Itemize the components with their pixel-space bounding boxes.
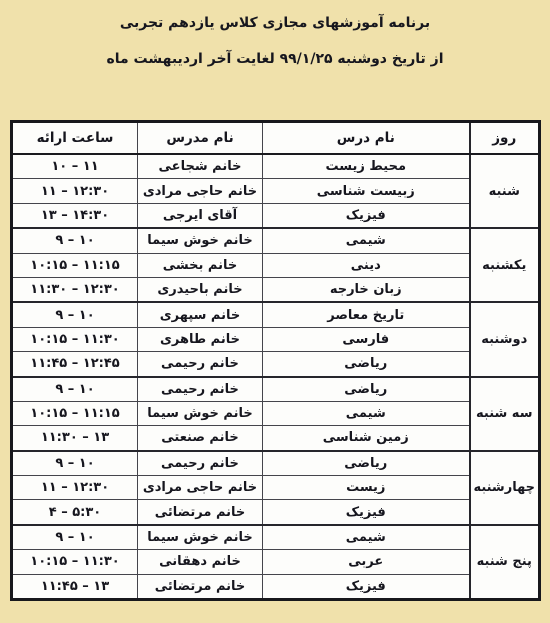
day-cell: پنج شنبه — [470, 525, 540, 600]
time-cell: ۱۰:۱۵ – ۱۱:۱۵ — [12, 401, 138, 425]
time-cell: ۱۰:۱۵ – ۱۱:۳۰ — [12, 550, 138, 574]
schedule-body: شنبهمحیط زیستخانم شجاعی۱۰ – ۱۱زبیست شناس… — [12, 154, 540, 600]
teacher-cell: خانم دهقانی — [138, 550, 263, 574]
time-range: ۱۰ – ۱۱ — [51, 159, 98, 174]
time-range: ۱۱:۴۵ – ۱۳ — [41, 579, 109, 594]
course-cell: زبیست شناسی — [263, 179, 470, 203]
time-cell: ۹ – ۱۰ — [12, 302, 138, 327]
table-row: زبان خارجهخانم باحیدری۱۱:۳۰ – ۱۲:۳۰ — [12, 277, 540, 302]
course-cell: زیست — [263, 476, 470, 500]
header-time: ساعت ارائه — [12, 122, 138, 155]
time-cell: ۱۱:۴۵ – ۱۲:۴۵ — [12, 352, 138, 377]
course-cell: فارسی — [263, 327, 470, 351]
day-cell: سه شنبه — [470, 377, 540, 451]
time-range: ۹ – ۱۰ — [55, 456, 94, 471]
course-cell: دینی — [263, 253, 470, 277]
page-title: برنامه آموزشهای مجازی کلاس یازدهم تجربی — [0, 0, 550, 31]
time-cell: ۱۰ – ۱۱ — [12, 154, 138, 179]
teacher-cell: خانم رحیمی — [138, 451, 263, 476]
time-range: ۱۱:۴۵ – ۱۲:۴۵ — [30, 356, 119, 371]
course-cell: فیزیک — [263, 500, 470, 525]
day-cell: دوشنبه — [470, 302, 540, 376]
table-row: زیستخانم حاجی مرادی۱۱ – ۱۲:۳۰ — [12, 476, 540, 500]
time-cell: ۱۳ – ۱۴:۳۰ — [12, 203, 138, 228]
course-cell: شیمی — [263, 228, 470, 253]
time-cell: ۹ – ۱۰ — [12, 228, 138, 253]
course-cell: عربی — [263, 550, 470, 574]
teacher-cell: خانم سپهری — [138, 302, 263, 327]
teacher-cell: خانم حاجی مرادی — [138, 179, 263, 203]
time-cell: ۱۱:۳۰ – ۱۳ — [12, 426, 138, 451]
time-range: ۱۱ – ۱۲:۳۰ — [41, 480, 109, 495]
table-row: فیزیکآقای ایرجی۱۳ – ۱۴:۳۰ — [12, 203, 540, 228]
course-cell: ریاضی — [263, 352, 470, 377]
time-cell: ۹ – ۱۰ — [12, 451, 138, 476]
day-cell: چهارشنبه — [470, 451, 540, 525]
table-row: یکشنبهشیمیخانم خوش سیما۹ – ۱۰ — [12, 228, 540, 253]
time-cell: ۱۱:۴۵ – ۱۳ — [12, 574, 138, 599]
time-cell: ۱۰:۱۵ – ۱۱:۱۵ — [12, 253, 138, 277]
teacher-cell: خانم شجاعی — [138, 154, 263, 179]
time-range: ۱۳ – ۱۴:۳۰ — [41, 208, 109, 223]
time-cell: ۱۱ – ۱۲:۳۰ — [12, 179, 138, 203]
time-cell: ۹ – ۱۰ — [12, 377, 138, 402]
course-cell: ریاضی — [263, 377, 470, 402]
time-range: ۱۱:۳۰ – ۱۳ — [41, 430, 109, 445]
table-row: ریاضیخانم رحیمی۱۱:۴۵ – ۱۲:۴۵ — [12, 352, 540, 377]
course-cell: شیمی — [263, 525, 470, 550]
time-range: ۴ – ۵:۳۰ — [49, 505, 102, 520]
table-row: عربیخانم دهقانی۱۰:۱۵ – ۱۱:۳۰ — [12, 550, 540, 574]
teacher-cell: خانم بخشی — [138, 253, 263, 277]
teacher-cell: خانم خوش سیما — [138, 401, 263, 425]
course-cell: شیمی — [263, 401, 470, 425]
table-row: فیزیکخانم مرتضائی۴ – ۵:۳۰ — [12, 500, 540, 525]
time-range: ۱۱:۳۰ – ۱۲:۳۰ — [30, 282, 119, 297]
course-cell: فیزیک — [263, 203, 470, 228]
teacher-cell: خانم رحیمی — [138, 352, 263, 377]
course-cell: محیط زیست — [263, 154, 470, 179]
table-row: فارسیخانم طاهری۱۰:۱۵ – ۱۱:۳۰ — [12, 327, 540, 351]
page-subtitle: از تاریخ دوشنبه ۹۹/۱/۲۵ لغایت آخر اردیبه… — [0, 51, 550, 67]
page: { "page": { "background_color": "#f0e1ab… — [0, 0, 550, 623]
course-cell: زبان خارجه — [263, 277, 470, 302]
teacher-cell: خانم رحیمی — [138, 377, 263, 402]
teacher-cell: خانم باحیدری — [138, 277, 263, 302]
teacher-cell: خانم خوش سیما — [138, 228, 263, 253]
header-teacher: نام مدرس — [138, 122, 263, 155]
time-range: ۱۰:۱۵ – ۱۱:۳۰ — [30, 332, 119, 347]
table-row: زبیست شناسیخانم حاجی مرادی۱۱ – ۱۲:۳۰ — [12, 179, 540, 203]
table-row: دوشنبهتاریخ معاصرخانم سپهری۹ – ۱۰ — [12, 302, 540, 327]
time-range: ۹ – ۱۰ — [55, 530, 94, 545]
teacher-cell: خانم صنعتی — [138, 426, 263, 451]
teacher-cell: آقای ایرجی — [138, 203, 263, 228]
teacher-cell: خانم طاهری — [138, 327, 263, 351]
table-row: زمین شناسیخانم صنعتی۱۱:۳۰ – ۱۳ — [12, 426, 540, 451]
day-cell: یکشنبه — [470, 228, 540, 302]
table-row: چهارشنبهریاضیخانم رحیمی۹ – ۱۰ — [12, 451, 540, 476]
time-cell: ۱۰:۱۵ – ۱۱:۳۰ — [12, 327, 138, 351]
table-row: دینیخانم بخشی۱۰:۱۵ – ۱۱:۱۵ — [12, 253, 540, 277]
time-cell: ۴ – ۵:۳۰ — [12, 500, 138, 525]
header-course: نام درس — [263, 122, 470, 155]
teacher-cell: خانم خوش سیما — [138, 525, 263, 550]
teacher-cell: خانم حاجی مرادی — [138, 476, 263, 500]
time-range: ۱۰:۱۵ – ۱۱:۱۵ — [30, 406, 119, 421]
time-cell: ۱۱:۳۰ – ۱۲:۳۰ — [12, 277, 138, 302]
day-cell: شنبه — [470, 154, 540, 228]
time-range: ۱۰:۱۵ – ۱۱:۱۵ — [30, 258, 119, 273]
time-cell: ۱۱ – ۱۲:۳۰ — [12, 476, 138, 500]
table-row: فیزیکخانم مرتضائی۱۱:۴۵ – ۱۳ — [12, 574, 540, 599]
table-row: شیمیخانم خوش سیما۱۰:۱۵ – ۱۱:۱۵ — [12, 401, 540, 425]
table-row: سه شنبهریاضیخانم رحیمی۹ – ۱۰ — [12, 377, 540, 402]
course-cell: زمین شناسی — [263, 426, 470, 451]
teacher-cell: خانم مرتضائی — [138, 500, 263, 525]
header-day: روز — [470, 122, 540, 155]
time-cell: ۹ – ۱۰ — [12, 525, 138, 550]
course-cell: فیزیک — [263, 574, 470, 599]
course-cell: ریاضی — [263, 451, 470, 476]
header-row: روز نام درس نام مدرس ساعت ارائه — [12, 122, 540, 155]
schedule-table: روز نام درس نام مدرس ساعت ارائه شنبهمحیط… — [10, 120, 541, 601]
table-row: پنج شنبهشیمیخانم خوش سیما۹ – ۱۰ — [12, 525, 540, 550]
time-range: ۹ – ۱۰ — [55, 233, 94, 248]
document-header: برنامه آموزشهای مجازی کلاس یازدهم تجربی … — [0, 0, 550, 67]
teacher-cell: خانم مرتضائی — [138, 574, 263, 599]
time-range: ۹ – ۱۰ — [55, 308, 94, 323]
table-row: شنبهمحیط زیستخانم شجاعی۱۰ – ۱۱ — [12, 154, 540, 179]
time-range: ۹ – ۱۰ — [55, 382, 94, 397]
time-range: ۱۱ – ۱۲:۳۰ — [41, 184, 109, 199]
course-cell: تاریخ معاصر — [263, 302, 470, 327]
time-range: ۱۰:۱۵ – ۱۱:۳۰ — [30, 554, 119, 569]
